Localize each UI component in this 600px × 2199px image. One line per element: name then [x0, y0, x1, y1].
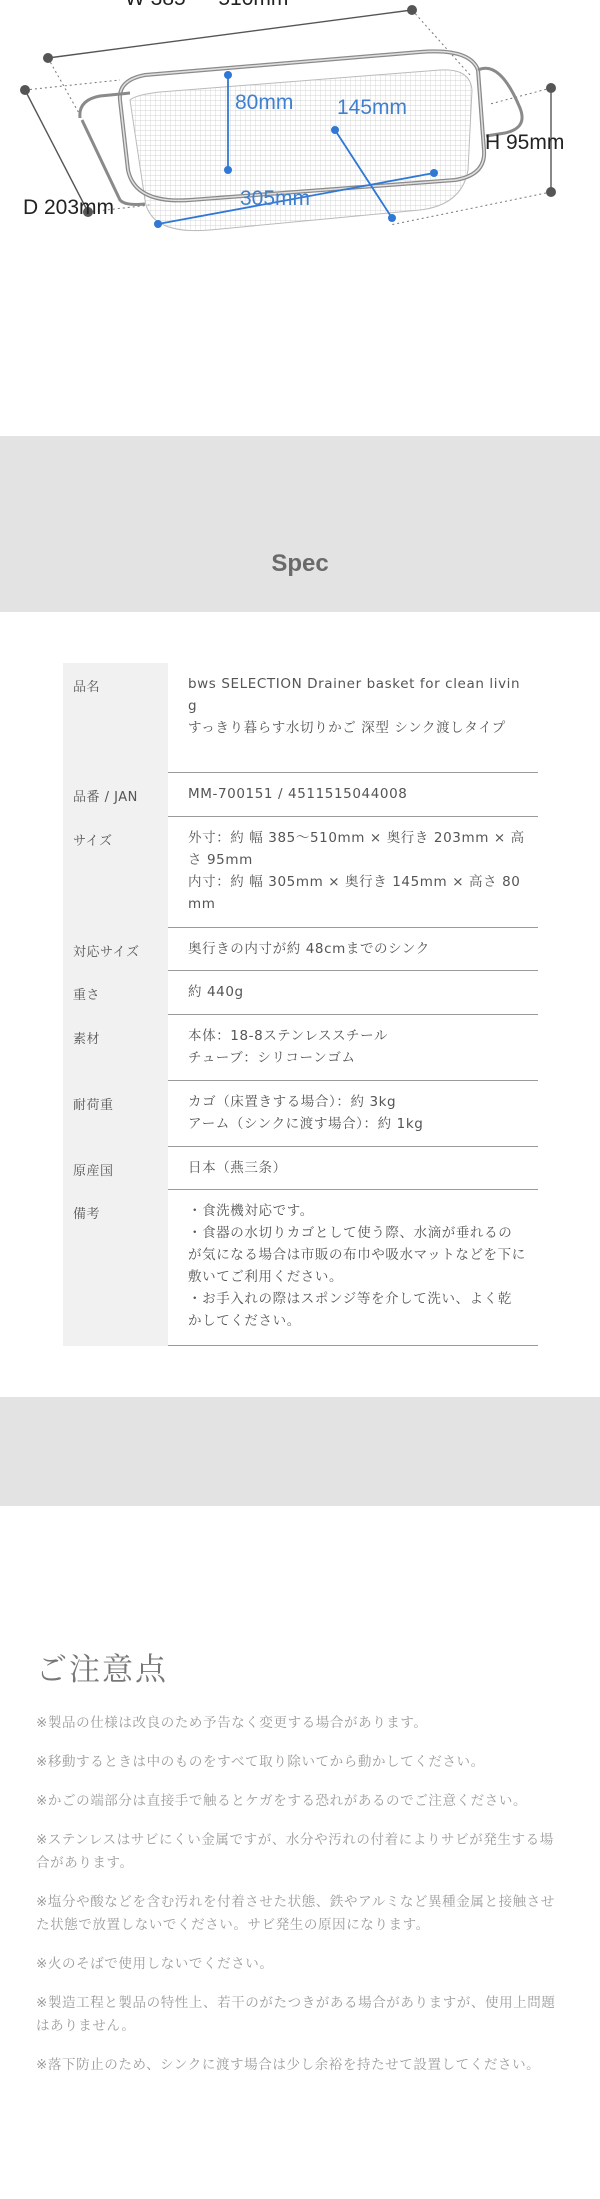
spec-row-size: サイズ 外寸：約 幅 385～510mm × 奥行き 203mm × 高さ 95…: [63, 817, 538, 928]
spec-value-line: 本体：18-8ステンレススチール: [188, 1025, 526, 1047]
spec-section-header: Spec: [0, 436, 600, 612]
section-divider-band: [0, 1397, 600, 1506]
caution-note: ※ステンレスはサビにくい金属ですが、水分や汚れの付着によりサビが発生する場合があ…: [36, 1829, 556, 1875]
caution-note: ※製品の仕様は改良のため予告なく変更する場合があります。: [36, 1712, 556, 1735]
width-outer-label: W 385 ～ 510mm: [125, 0, 288, 9]
spec-value: 外寸：約 幅 385～510mm × 奥行き 203mm × 高さ 95mm 内…: [168, 817, 538, 928]
caution-title: ご注意点: [36, 1648, 556, 1692]
caution-note: ※落下防止のため、シンクに渡す場合は少し余裕を持たせて設置してください。: [36, 2054, 556, 2077]
spec-label: 重さ: [63, 971, 168, 1015]
spec-value: bws SELECTION Drainer basket for clean l…: [168, 663, 538, 773]
spec-row-material: 素材 本体：18-8ステンレススチール チューブ：シリコーンゴム: [63, 1015, 538, 1081]
spec-value-line: すっきり暮らす水切りかご 深型 シンク渡しタイプ: [188, 717, 526, 739]
spec-value-line: ・食器の水切りカゴとして使う際、水滴が垂れるのが気になる場合は市販の布巾や吸水マ…: [188, 1222, 526, 1288]
spec-value-line: ・お手入れの際はスポンジ等を介して洗い、よく乾かしてください。: [188, 1288, 526, 1332]
spec-row-origin: 原産国 日本（燕三条）: [63, 1147, 538, 1190]
spec-row-weight: 重さ 約 440g: [63, 971, 538, 1015]
spec-label: 原産国: [63, 1147, 168, 1190]
spec-label: 品名: [63, 663, 168, 773]
spec-label: 備考: [63, 1190, 168, 1346]
spec-title: Spec: [0, 550, 600, 578]
spec-value: 約 440g: [168, 971, 538, 1015]
spec-label: サイズ: [63, 817, 168, 928]
spec-label: 品番 / JAN: [63, 773, 168, 817]
spec-value-line: 約 440g: [188, 981, 526, 1003]
spec-value-line: 日本（燕三条）: [188, 1157, 526, 1179]
spec-row-jan: 品番 / JAN MM-700151 / 4511515044008: [63, 773, 538, 817]
spec-value: ・食洗機対応です。 ・食器の水切りカゴとして使う際、水滴が垂れるのが気になる場合…: [168, 1190, 538, 1346]
product-dimension-figure: W 385 ～ 510mm D 203mm H 95mm 80mm 145mm …: [0, 0, 600, 235]
spec-value-line: 外寸：約 幅 385～510mm × 奥行き 203mm × 高さ 95mm: [188, 827, 526, 871]
spec-value-line: チューブ：シリコーンゴム: [188, 1047, 526, 1069]
spec-row-remarks: 備考 ・食洗機対応です。 ・食器の水切りカゴとして使う際、水滴が垂れるのが気にな…: [63, 1190, 538, 1346]
spec-value-line: アーム（シンクに渡す場合）：約 1kg: [188, 1113, 526, 1135]
spec-value: 日本（燕三条）: [168, 1147, 538, 1190]
spec-value-line: bws SELECTION Drainer basket for clean l…: [188, 673, 526, 717]
spec-value: 本体：18-8ステンレススチール チューブ：シリコーンゴム: [168, 1015, 538, 1081]
spec-value-line: 内寸：約 幅 305mm × 奥行き 145mm × 高さ 80mm: [188, 871, 526, 915]
height-outer-label: H 95mm: [485, 132, 564, 153]
inner-width-label: 305mm: [240, 188, 310, 209]
spec-label: 耐荷重: [63, 1081, 168, 1147]
spec-value-line: 奥行きの内寸が約 48cmまでのシンク: [188, 938, 526, 960]
spec-value-line: ・食洗機対応です。: [188, 1200, 526, 1222]
spec-row-load-capacity: 耐荷重 カゴ（床置きする場合）：約 3kg アーム（シンクに渡す場合）：約 1k…: [63, 1081, 538, 1147]
spec-value-line: MM-700151 / 4511515044008: [188, 783, 526, 805]
spec-value: 奥行きの内寸が約 48cmまでのシンク: [168, 928, 538, 971]
spec-table: 品名 bws SELECTION Drainer basket for clea…: [63, 663, 538, 1346]
caution-section: ご注意点 ※製品の仕様は改良のため予告なく変更する場合があります。 ※移動すると…: [36, 1648, 556, 2093]
spec-label: 対応サイズ: [63, 928, 168, 971]
spec-value: MM-700151 / 4511515044008: [168, 773, 538, 817]
inner-height-label: 80mm: [235, 92, 293, 113]
spec-row-product-name: 品名 bws SELECTION Drainer basket for clea…: [63, 663, 538, 773]
spec-value: カゴ（床置きする場合）：約 3kg アーム（シンクに渡す場合）：約 1kg: [168, 1081, 538, 1147]
inner-depth-label: 145mm: [337, 97, 407, 118]
caution-note: ※移動するときは中のものをすべて取り除いてから動かしてください。: [36, 1751, 556, 1774]
spec-row-compatible-size: 対応サイズ 奥行きの内寸が約 48cmまでのシンク: [63, 928, 538, 971]
caution-note: ※かごの端部分は直接手で触るとケガをする恐れがあるのでご注意ください。: [36, 1790, 556, 1813]
spec-value-line: カゴ（床置きする場合）：約 3kg: [188, 1091, 526, 1113]
spec-label: 素材: [63, 1015, 168, 1081]
caution-note: ※製造工程と製品の特性上、若干のがたつきがある場合がありますが、使用上問題はあり…: [36, 1992, 556, 2038]
depth-outer-label: D 203mm: [23, 197, 114, 218]
caution-note: ※塩分や酸などを含む汚れを付着させた状態、鉄やアルミなど異種金属と接触させた状態…: [36, 1891, 556, 1937]
caution-note: ※火のそばで使用しないでください。: [36, 1953, 556, 1976]
